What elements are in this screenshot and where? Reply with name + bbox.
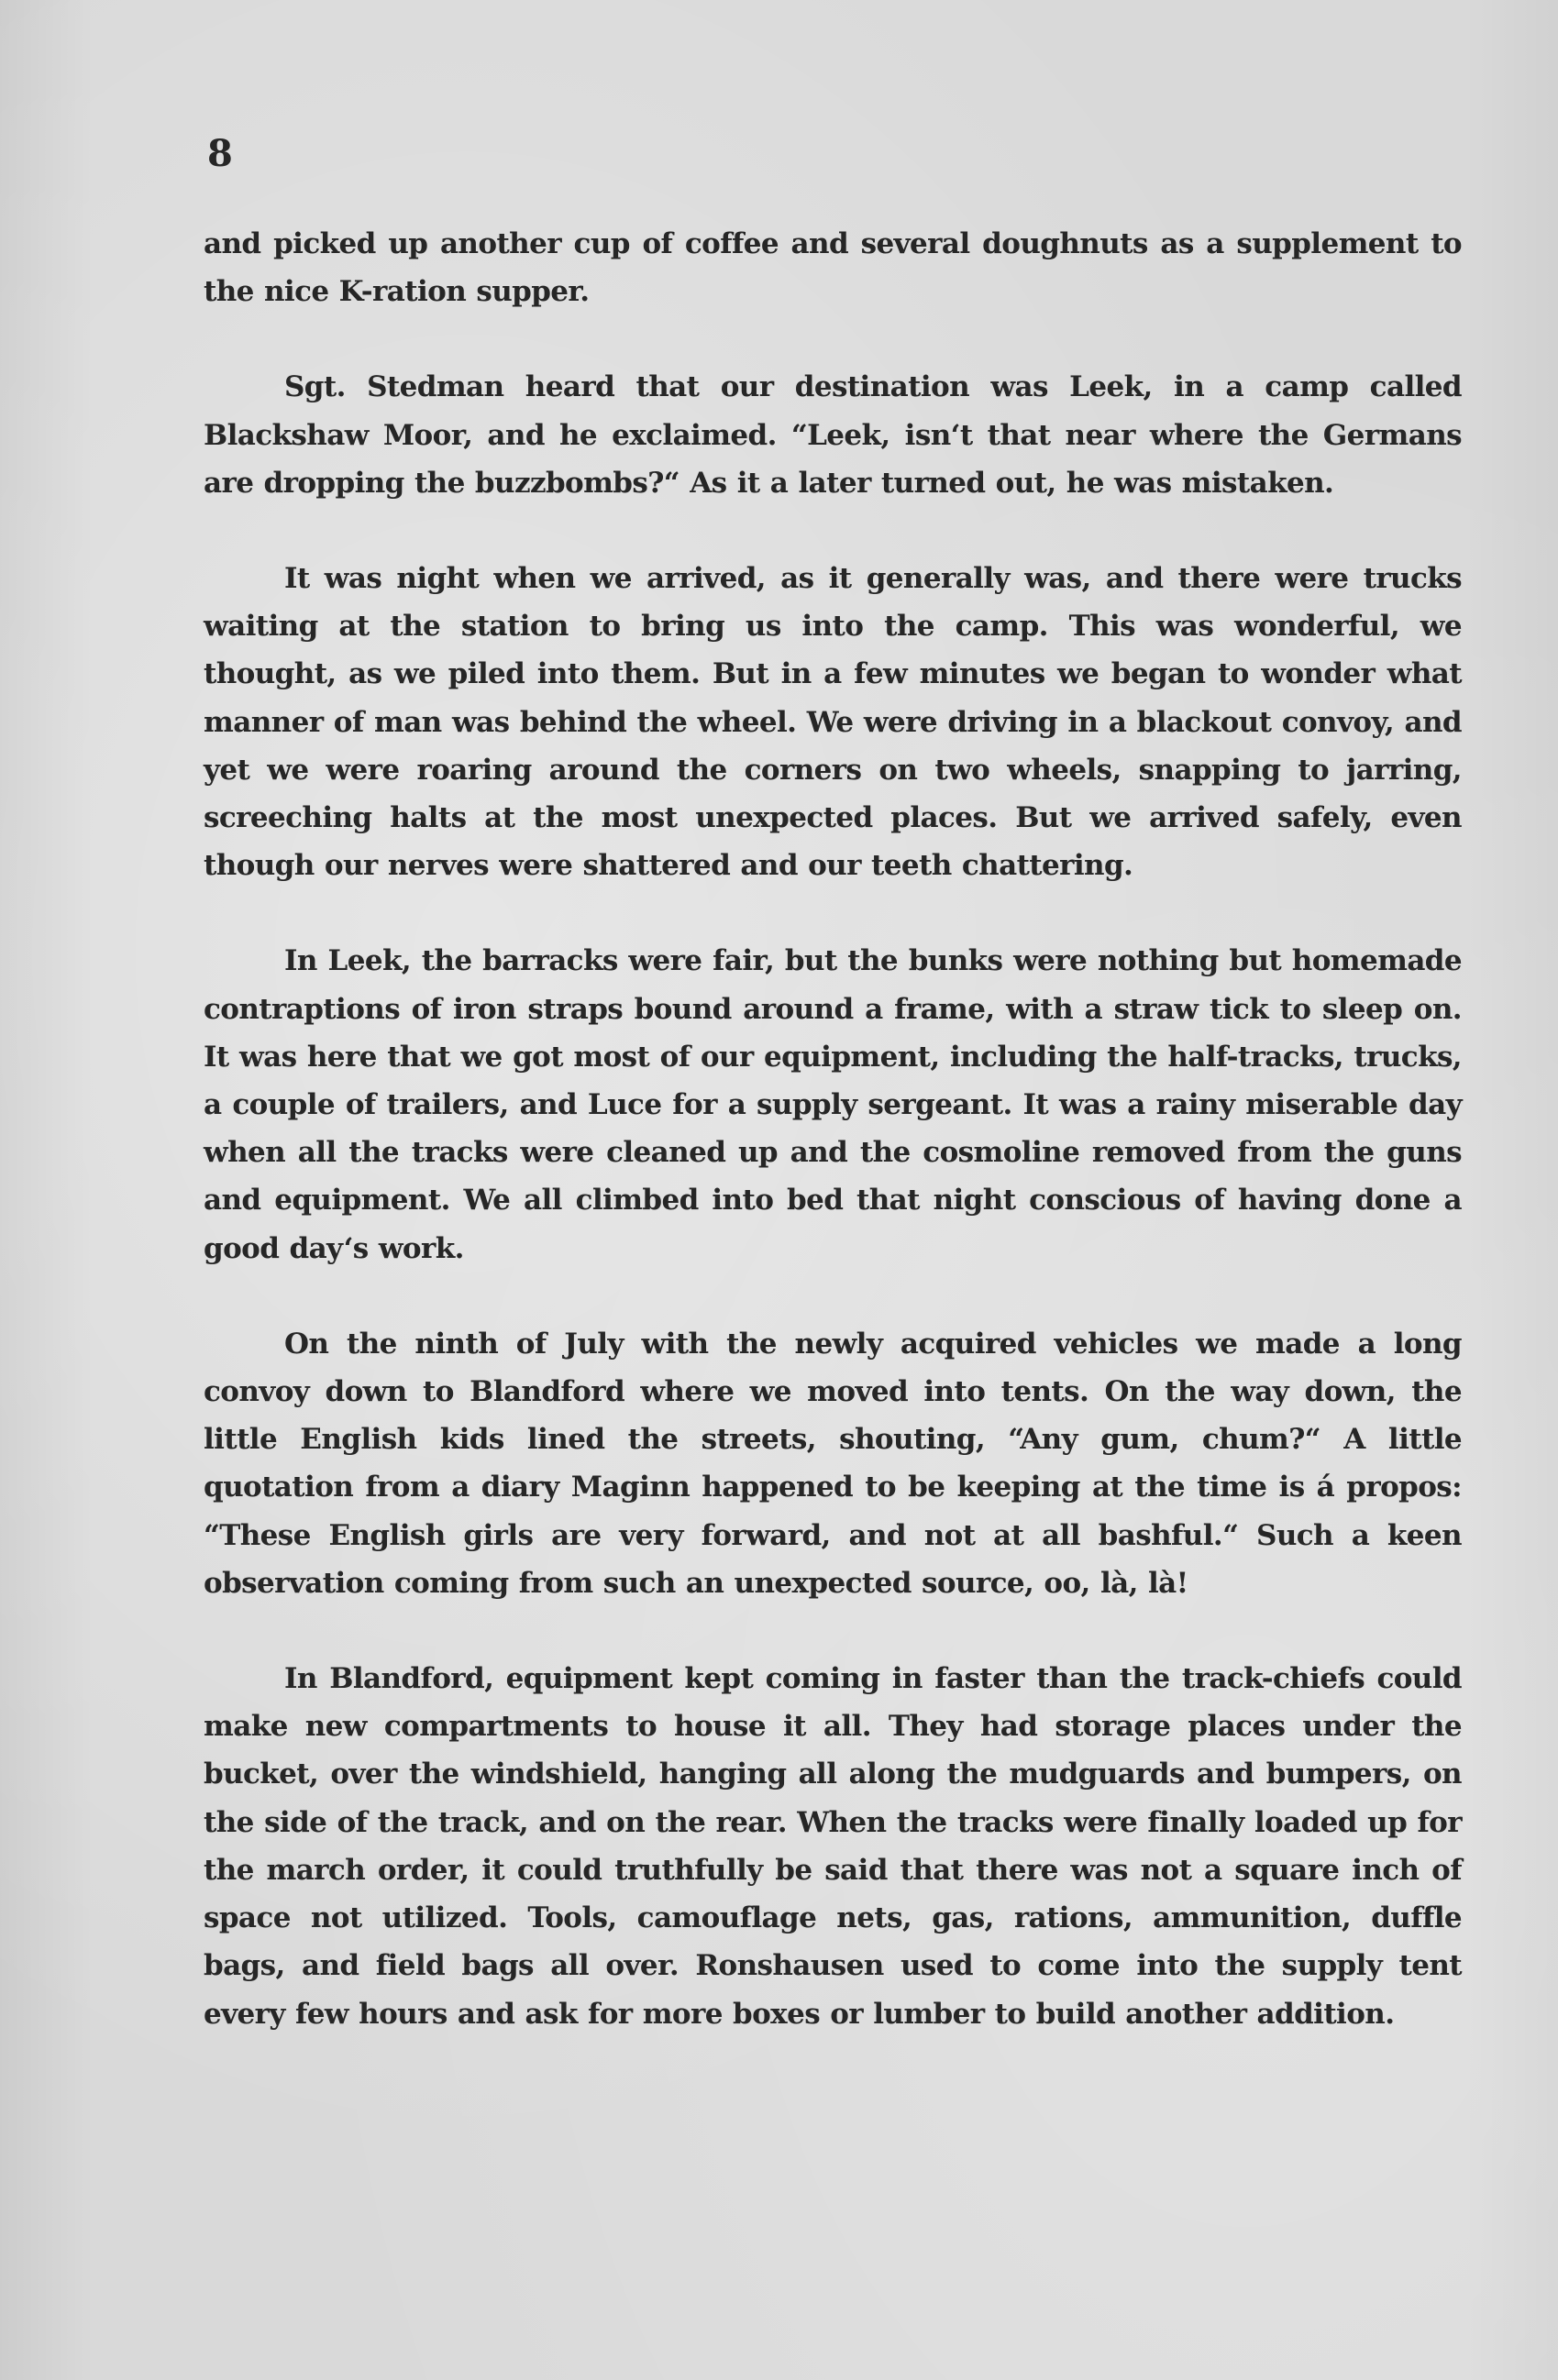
paragraph-stedman: Sgt. Stedman heard that our destination … (204, 363, 1462, 507)
page-number: 8 (207, 136, 233, 172)
paragraph-continuation: and picked up another cup of coffee and … (204, 220, 1462, 315)
paragraph-leek-barracks: In Leek, the barracks were fair, but the… (204, 937, 1462, 1272)
paragraph-blandford-equipment: In Blandford, equipment kept coming in f… (204, 1655, 1462, 2038)
paragraph-night-arrival: It was night when we arrived, as it gene… (204, 555, 1462, 889)
body-text: and picked up another cup of coffee and … (204, 220, 1462, 2038)
paragraph-blandford-convoy: On the ninth of July with the newly acqu… (204, 1320, 1462, 1607)
